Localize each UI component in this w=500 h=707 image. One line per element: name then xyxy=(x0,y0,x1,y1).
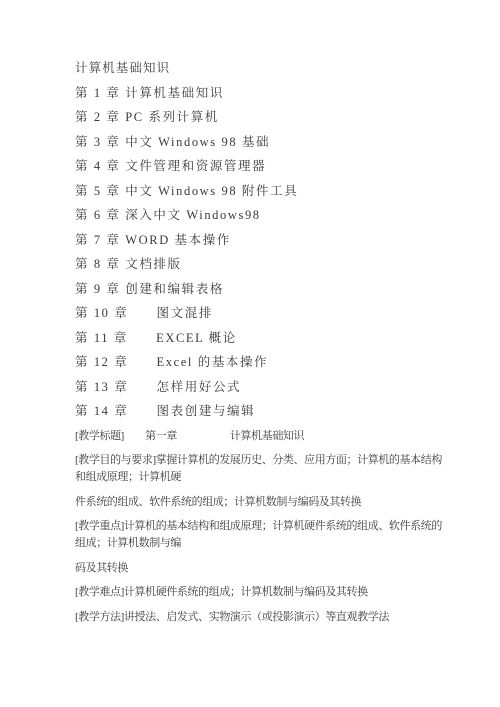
teaching-focus-line-2: 组成；计算机数制与编 xyxy=(75,535,462,552)
teaching-focus-line-3: 码及其转换 xyxy=(75,560,462,577)
chapter-item-6: 第 6 章 深入中文 Windows98 xyxy=(75,207,462,224)
chapter-item-11: 第 11 章 EXCEL 概论 xyxy=(75,330,462,347)
chapter-item-2: 第 2 章 PC 系列计算机 xyxy=(75,109,462,126)
chapter-item-7: 第 7 章 WORD 基本操作 xyxy=(75,232,462,249)
chapter-item-12: 第 12 章 Excel 的基本操作 xyxy=(75,354,462,371)
teaching-difficulty: [教学难点]计算机硬件系统的组成；计算机数制与编码及其转换 xyxy=(75,584,462,601)
teaching-objectives-line-2: 和组成原理；计算机硬 xyxy=(75,469,462,486)
chapter-item-4: 第 4 章 文件管理和资源管理器 xyxy=(75,158,462,175)
teaching-objectives-line-3: 件系统的组成、软件系统的组成；计算机数制与编码及其转换 xyxy=(75,494,462,511)
chapter-item-3: 第 3 章 中文 Windows 98 基础 xyxy=(75,134,462,151)
teaching-objectives-line-1: [教学目的与要求]掌握计算机的发展历史、分类、应用方面；计算机的基本结构 xyxy=(75,452,462,469)
chapter-item-9: 第 9 章 创建和编辑表格 xyxy=(75,281,462,298)
chapter-item-14: 第 14 章 图表创建与编辑 xyxy=(75,403,462,420)
teaching-title: [教学标题] 第一章 计算机基础知识 xyxy=(75,428,462,445)
page-title: 计算机基础知识 xyxy=(75,60,462,77)
chapter-item-8: 第 8 章 文档排版 xyxy=(75,256,462,273)
document-page: 计算机基础知识 第 1 章 计算机基础知识 第 2 章 PC 系列计算机 第 3… xyxy=(0,0,500,707)
chapter-item-1: 第 1 章 计算机基础知识 xyxy=(75,85,462,102)
chapter-item-10: 第 10 章 图文混排 xyxy=(75,305,462,322)
chapter-item-13: 第 13 章 怎样用好公式 xyxy=(75,379,462,396)
teaching-focus-line-1: [教学重点]计算机的基本结构和组成原理；计算机硬件系统的组成、软件系统的 xyxy=(75,518,462,535)
document-content: 计算机基础知识 第 1 章 计算机基础知识 第 2 章 PC 系列计算机 第 3… xyxy=(0,0,500,626)
chapter-item-5: 第 5 章 中文 Windows 98 附件工具 xyxy=(75,183,462,200)
teaching-method: [教学方法]讲授法、启发式、实物演示（或投影演示）等直观教学法 xyxy=(75,609,462,626)
